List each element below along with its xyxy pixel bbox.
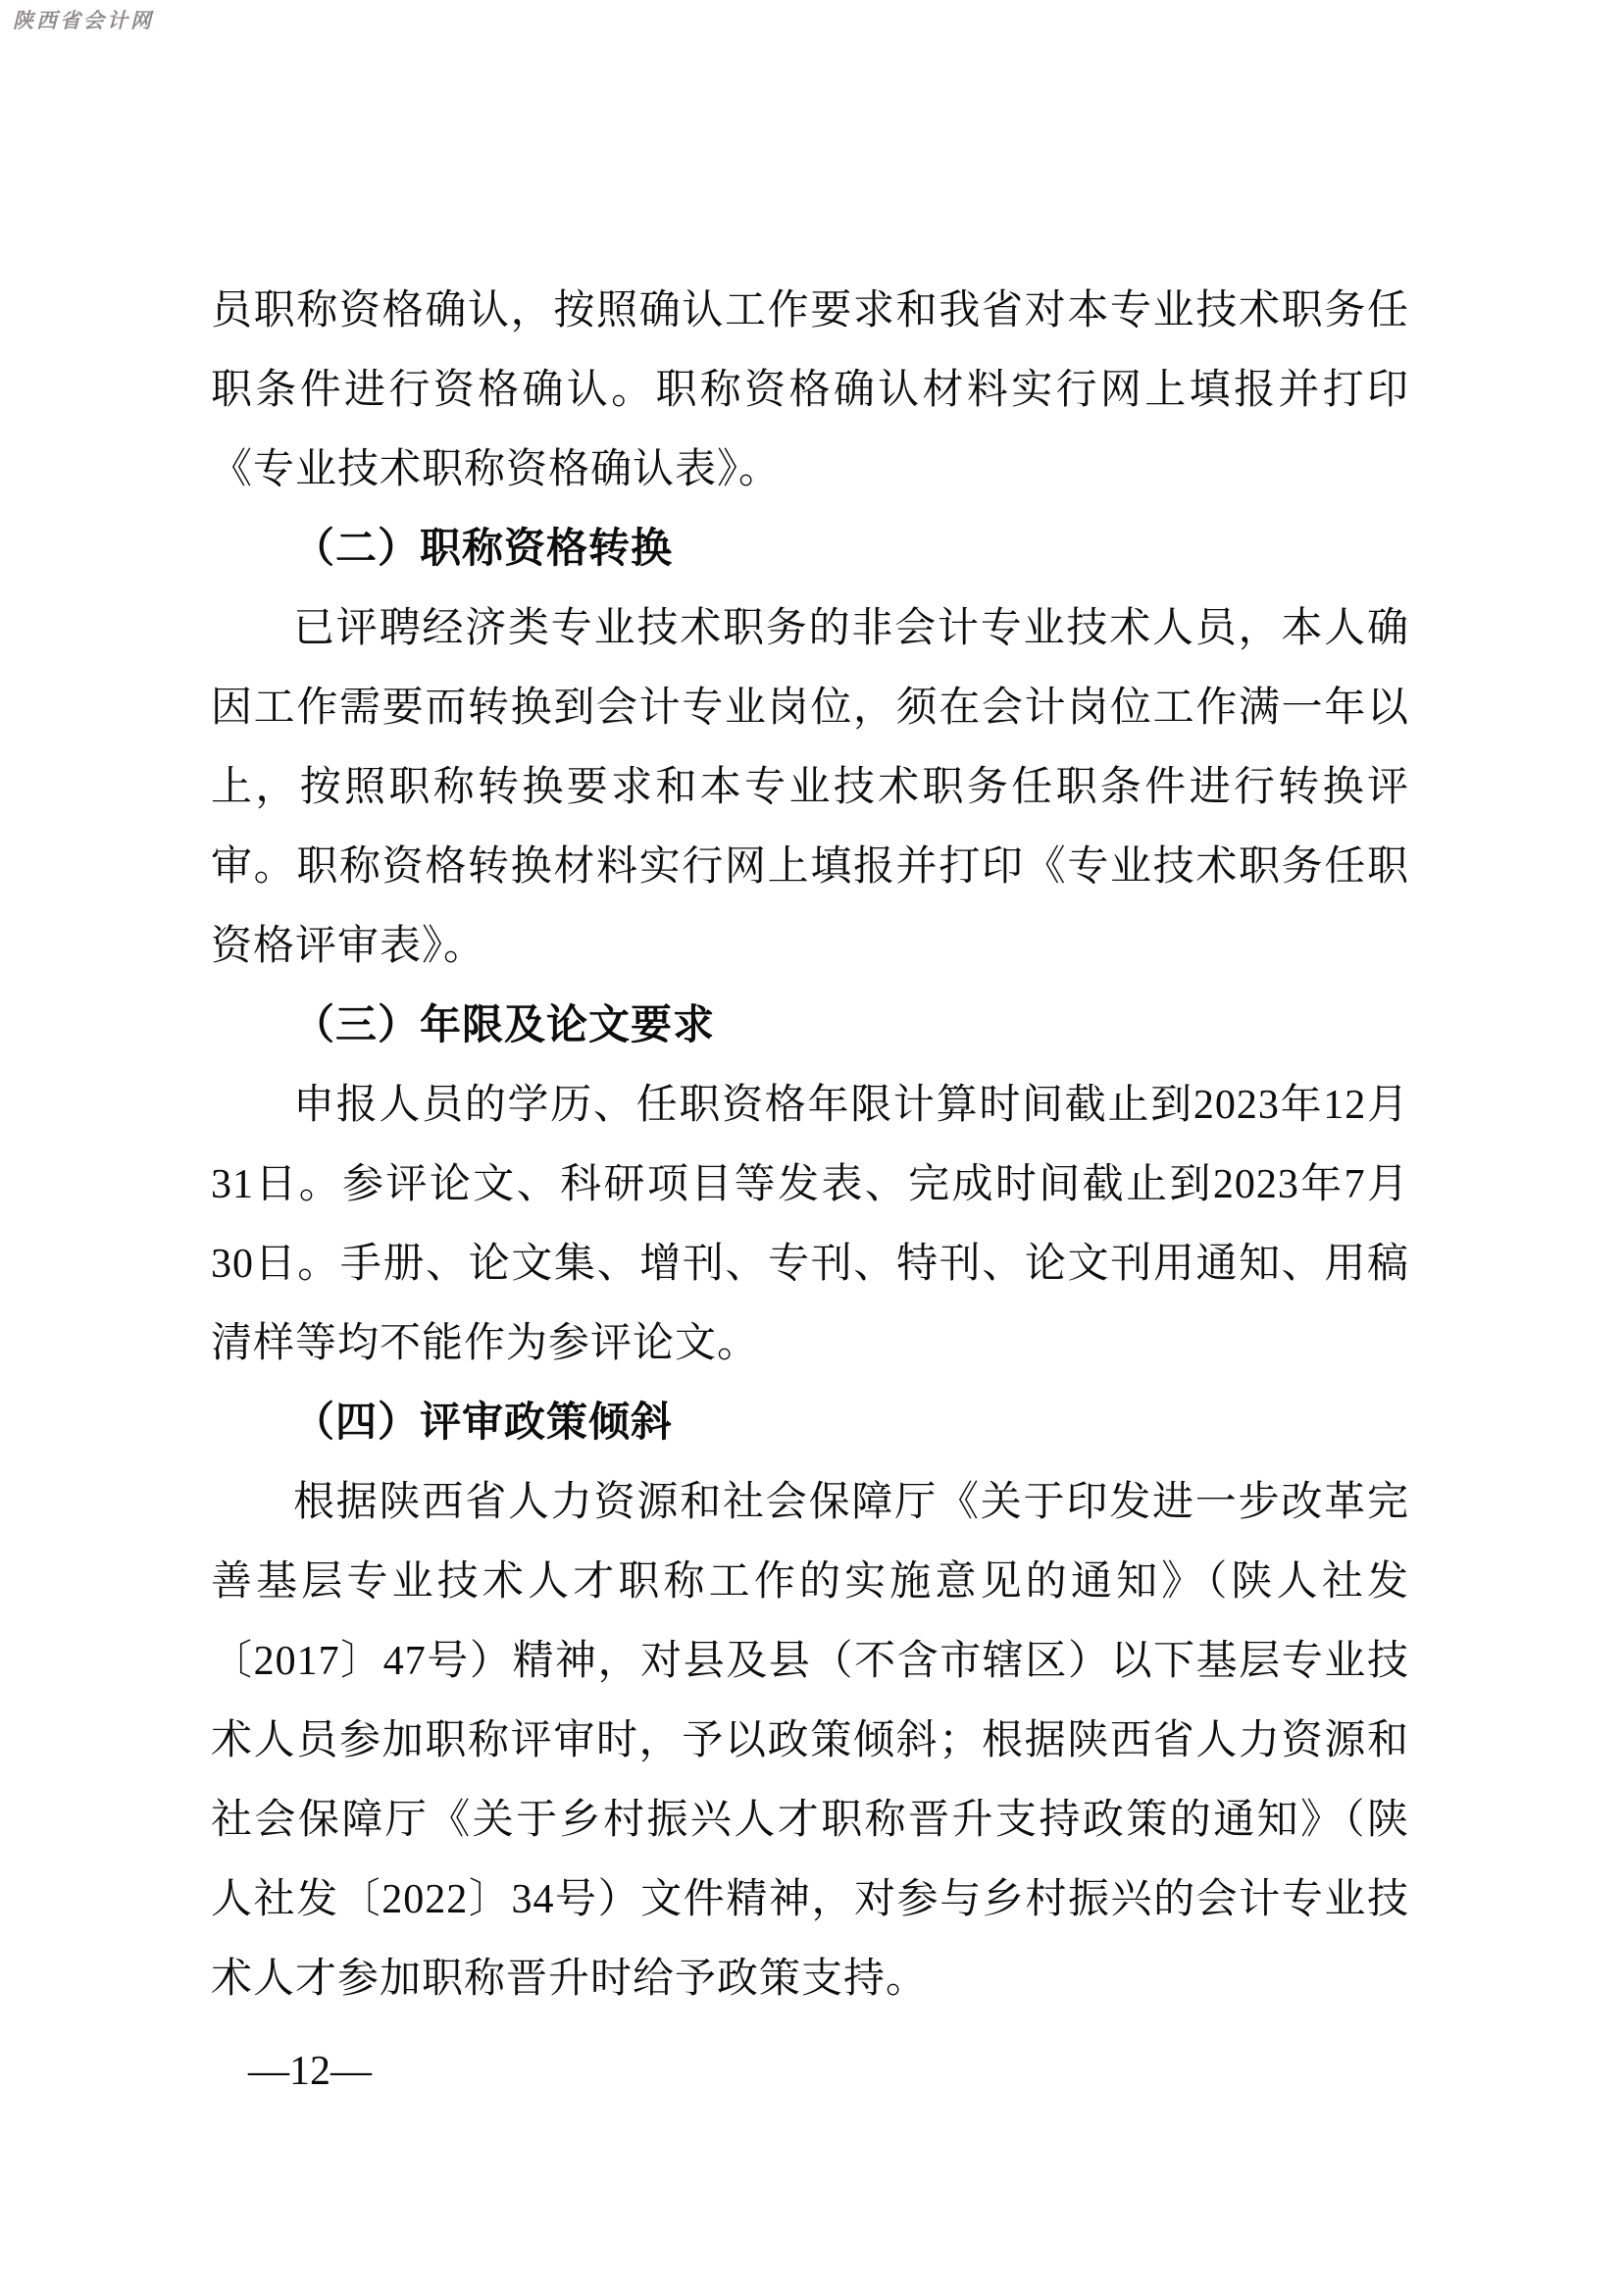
body-paragraph: 根据陕西省人力资源和社会保障厅《关于印发进一步改革完善基层专业技术人才职称工作的… [211, 1463, 1409, 2019]
page-number: —12— [248, 2048, 372, 2095]
body-paragraph: 已评聘经济类专业技术职务的非会计专业技术人员，本人确因工作需要而转换到会计专业岗… [211, 589, 1409, 987]
section-heading: （二）职称资格转换 [211, 510, 1409, 589]
body-paragraph: 申报人员的学历、任职资格年限计算时间截止到2023年12月31日。参评论文、科研… [211, 1066, 1409, 1384]
section-heading: （三）年限及论文要求 [211, 987, 1409, 1066]
section-heading: （四）评审政策倾斜 [211, 1384, 1409, 1463]
document-page: 陕西省会计网 员职称资格确认，按照确认工作要求和我省对本专业技术职务任职条件进行… [0, 0, 1624, 2294]
document-body: 员职称资格确认，按照确认工作要求和我省对本专业技术职务任职条件进行资格确认。职称… [211, 272, 1409, 2019]
site-watermark: 陕西省会计网 [13, 5, 154, 34]
body-paragraph: 员职称资格确认，按照确认工作要求和我省对本专业技术职务任职条件进行资格确认。职称… [211, 272, 1409, 510]
